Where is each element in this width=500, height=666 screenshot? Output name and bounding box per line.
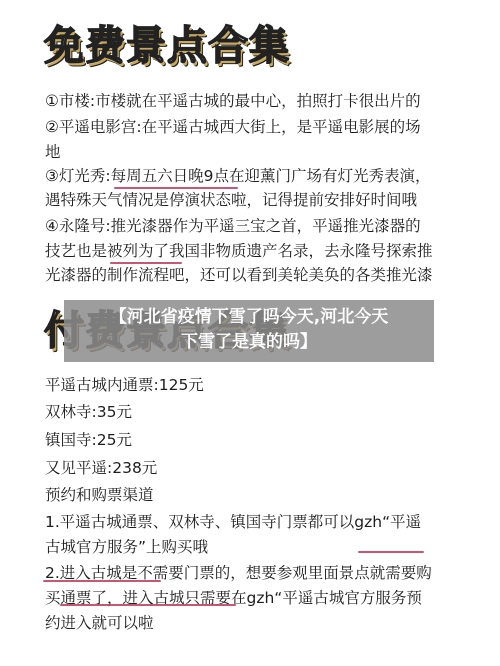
highlight-underline (60, 604, 236, 606)
highlight-underline (114, 187, 238, 189)
attraction-1-line-1: ①市楼:市楼就在平遥古城的最中心，拍照打卡很出片的 (45, 91, 421, 111)
attraction-3-line-1: ③灯光秀:每周五六日晚9点在迎薰门广场有灯光秀表演， (45, 166, 430, 186)
article-image: 免费景点合集 ①市楼:市楼就在平遥古城的最中心，拍照打卡很出片的 ②平遥电影宫:… (0, 0, 500, 666)
caption-line-1: 【河北省疫情下雪了吗今天,河北今天 (64, 305, 434, 330)
attraction-2-line-1: ②平遥电影宫:在平遥古城西大街上，是平遥电影展的场 (45, 117, 421, 137)
ticket-item: 又见平遥:238元 (45, 458, 157, 478)
booking-1-line-1: 1.平遥古城通票、双林寺、镇国寺门票都可以gzh“平遥 (45, 512, 421, 532)
ticket-item: 双林寺:35元 (45, 402, 132, 422)
caption-text: 【河北省疫情下雪了吗今天,河北今天 下雪了是真的吗】 (64, 305, 434, 355)
booking-1-line-2: 古城官方服务”上购买哦 (45, 537, 208, 557)
attraction-4-line-2: 技艺也是被列为了我国非物质遗产名录，去永隆号探索推 (45, 241, 433, 261)
attraction-2-line-2: 地 (45, 142, 61, 162)
booking-2-line-3: 约进入就可以啦 (45, 613, 154, 633)
caption-line-2: 下雪了是真的吗】 (64, 330, 434, 355)
attraction-4-line-3: 光漆器的制作流程吧，还可以看到美轮美奂的各类推光漆 (45, 265, 433, 285)
attraction-4-line-1: ④永隆号:推光漆器作为平遥三宝之首，平遥推光漆器的 (45, 216, 421, 236)
attraction-3-line-2: 遇特殊天气情况是停演状态啦，记得提前安排好时间哦 (45, 190, 417, 210)
free-attractions-title: 免费景点合集 (44, 22, 290, 70)
ticket-item: 平遥古城内通票:125元 (45, 375, 204, 395)
booking-heading: 预约和购票渠道 (45, 485, 154, 505)
highlight-underline (43, 580, 161, 582)
highlight-underline (358, 551, 424, 553)
ticket-item: 镇国寺:25元 (45, 430, 132, 450)
highlight-underline (110, 262, 182, 264)
